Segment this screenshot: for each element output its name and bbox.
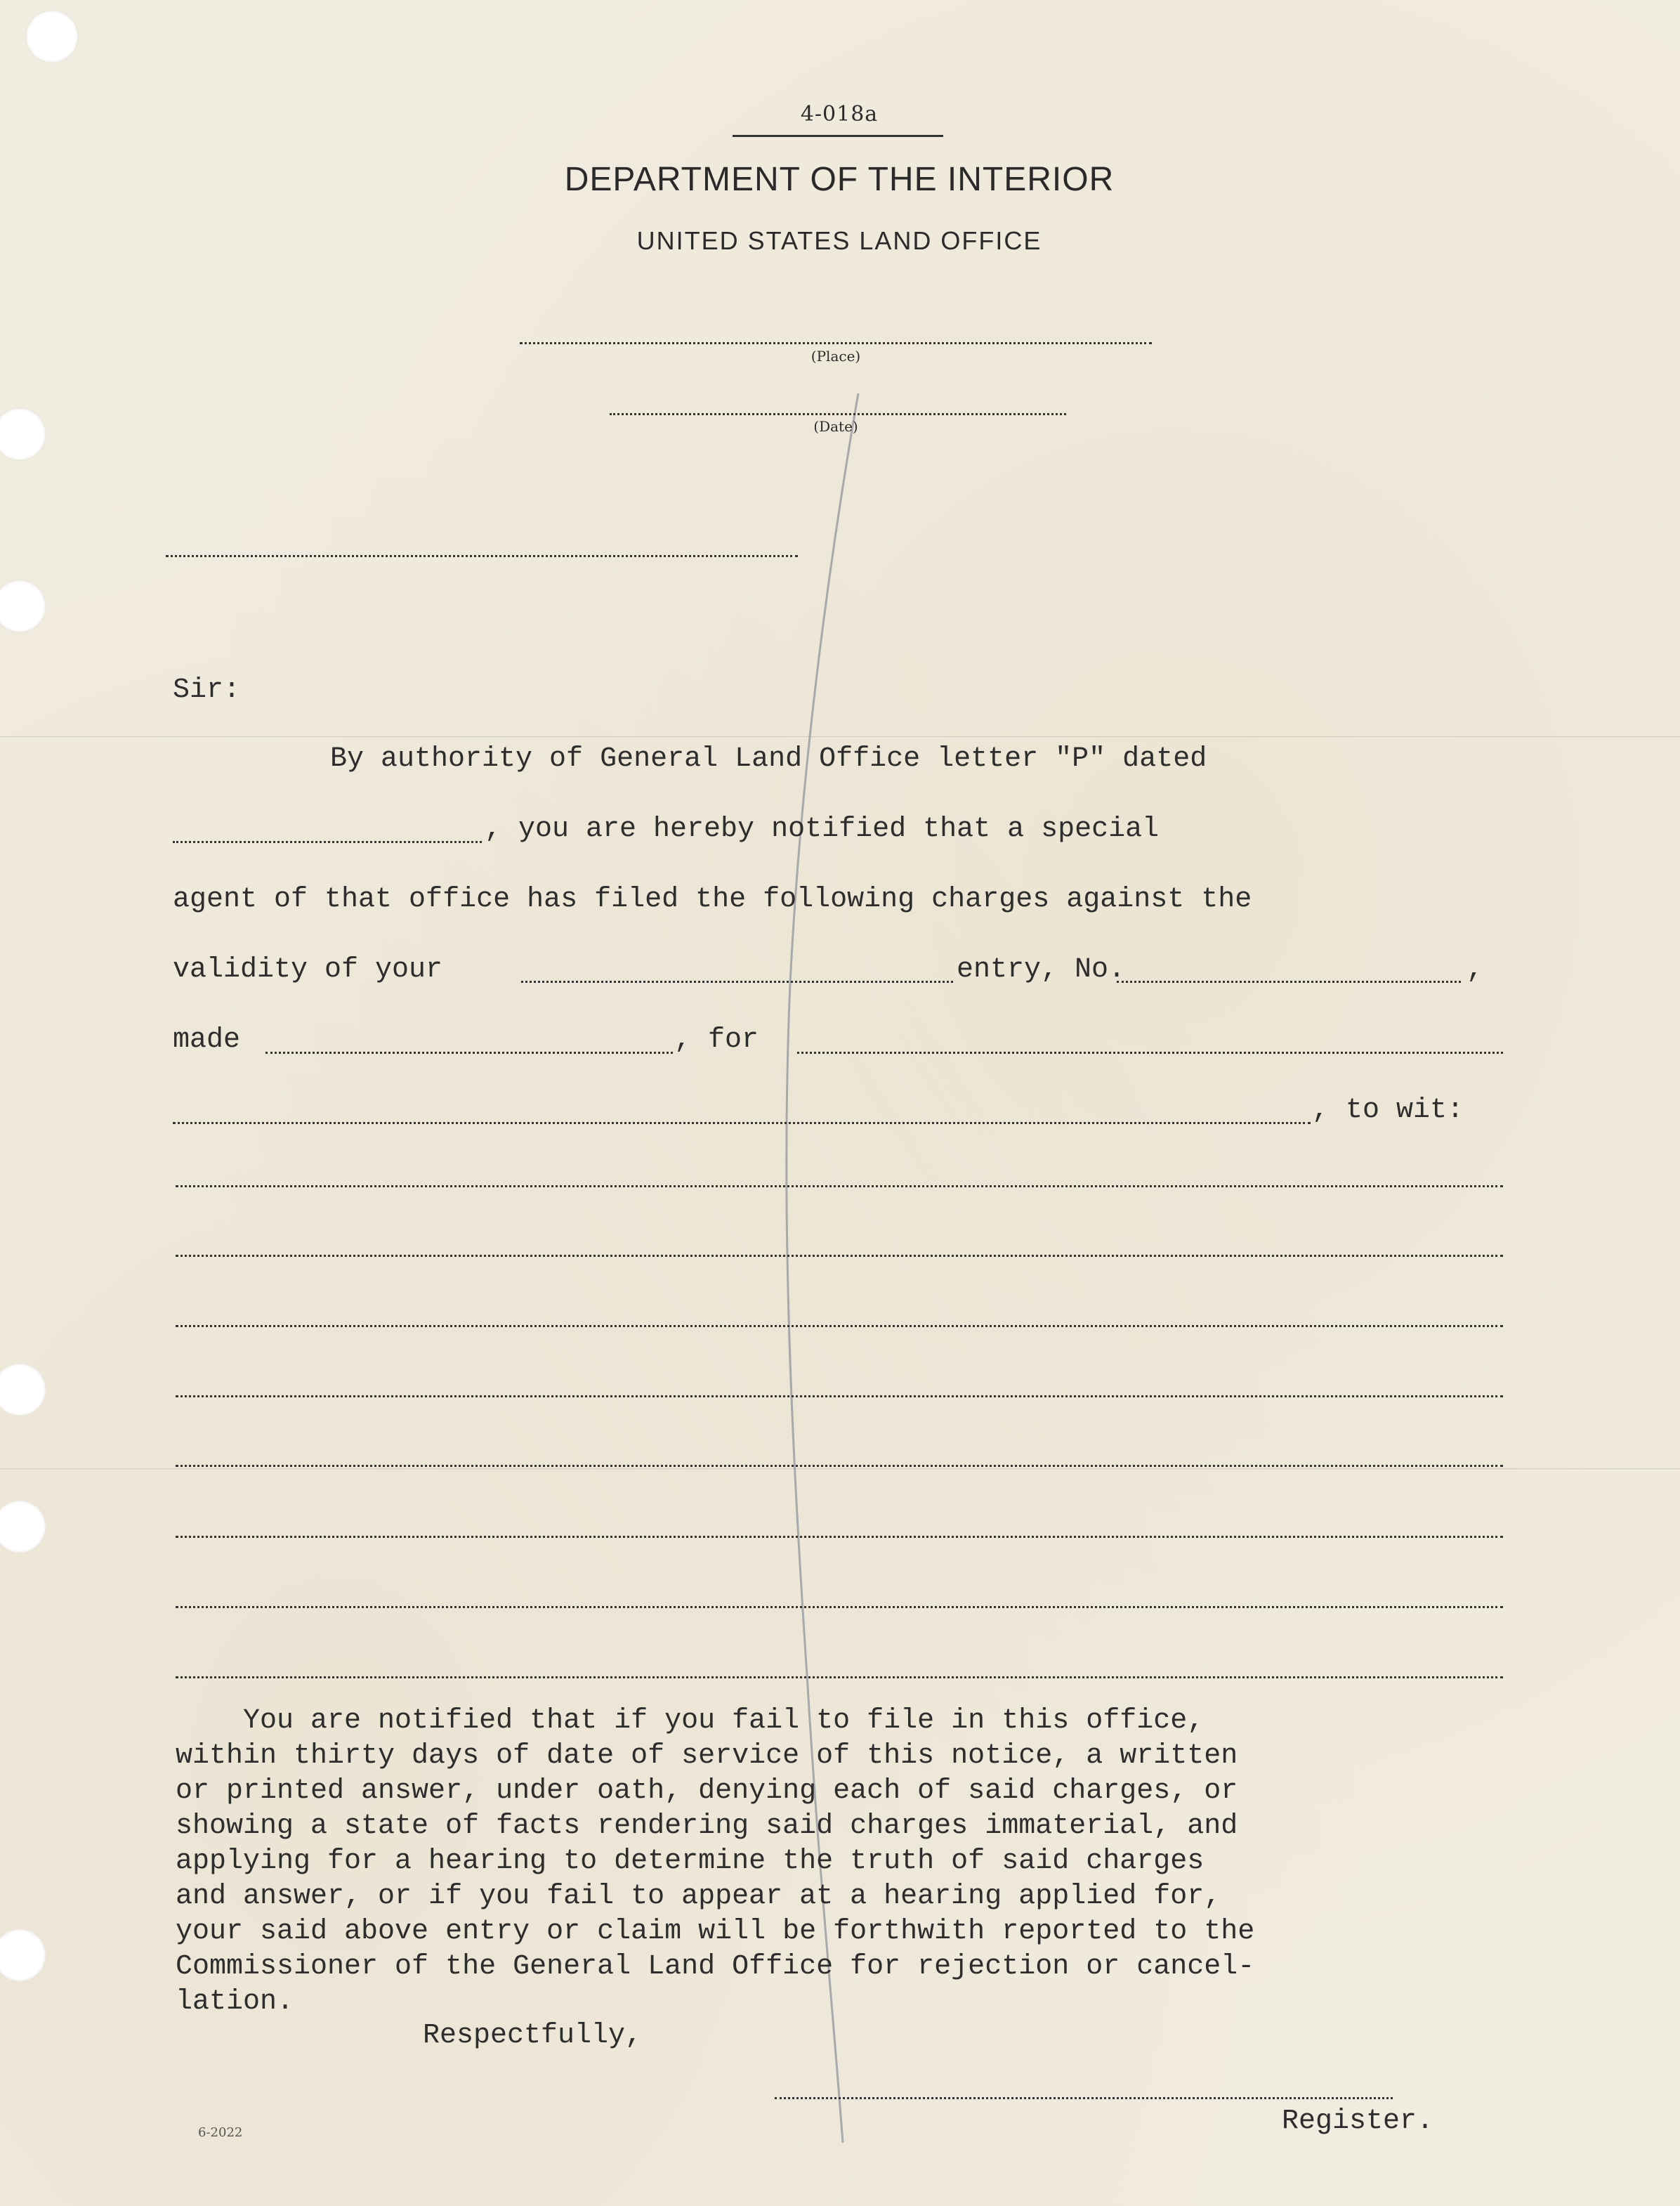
charge-line[interactable]: [176, 1185, 1503, 1187]
charge-line[interactable]: [176, 1676, 1503, 1678]
print-code: 6-2022: [198, 2125, 242, 2140]
addressee-field[interactable]: [166, 555, 798, 557]
validity-label: validity of your: [173, 954, 442, 986]
made-date-field[interactable]: [265, 1052, 673, 1054]
body-line-notified: , you are hereby notified that a special: [485, 814, 1159, 845]
date-caption: (Date): [766, 418, 906, 435]
to-wit-label: , to wit:: [1312, 1095, 1464, 1126]
form-number-rule: [733, 135, 943, 137]
notice-line: applying for a hearing to determine the …: [176, 1844, 1254, 1879]
charge-line[interactable]: [176, 1395, 1503, 1397]
date-field[interactable]: [610, 413, 1066, 415]
place-field[interactable]: [520, 342, 1152, 344]
charge-line[interactable]: [176, 1255, 1503, 1257]
place-caption: (Place): [766, 348, 906, 365]
entry-comma: ,: [1466, 954, 1483, 986]
for-land-field[interactable]: [797, 1052, 1503, 1054]
letter-date-field[interactable]: [173, 841, 482, 843]
charge-line[interactable]: [176, 1465, 1503, 1467]
register-signature-field[interactable]: [775, 2097, 1393, 2099]
notice-line: You are notified that if you fail to fil…: [176, 1704, 1254, 1739]
notice-line: and answer, or if you fail to appear at …: [176, 1879, 1254, 1914]
notice-line: within thirty days of date of service of…: [176, 1739, 1254, 1774]
notice-line: or printed answer, under oath, denying e…: [176, 1774, 1254, 1809]
salutation: Sir:: [173, 674, 240, 706]
notice-line: showing a state of facts rendering said …: [176, 1809, 1254, 1844]
notice-line: Commissioner of the General Land Office …: [176, 1950, 1254, 1985]
charge-line[interactable]: [176, 1325, 1503, 1327]
notice-line: lation.: [176, 1985, 1254, 2020]
closing: Respectfully,: [423, 2020, 642, 2051]
department-title: DEPARTMENT OF THE INTERIOR: [351, 160, 1327, 199]
body-line-authority: By authority of General Land Office lett…: [330, 743, 1207, 775]
entry-type-field[interactable]: [521, 981, 953, 983]
office-title: UNITED STATES LAND OFFICE: [351, 226, 1327, 256]
notice-paragraph: You are notified that if you fail to fil…: [176, 1704, 1254, 2020]
signature-title: Register.: [1282, 2106, 1433, 2137]
entry-number-field[interactable]: [1117, 981, 1461, 983]
charge-line[interactable]: [176, 1606, 1503, 1608]
description-field[interactable]: [173, 1122, 1311, 1124]
notice-line: your said above entry or claim will be f…: [176, 1914, 1254, 1950]
made-label: made: [173, 1024, 240, 1056]
charge-line[interactable]: [176, 1536, 1503, 1538]
entry-number-label: entry, No.: [957, 954, 1125, 986]
body-line-agent: agent of that office has filed the follo…: [173, 884, 1252, 915]
for-label: , for: [674, 1024, 759, 1056]
form-number: 4-018a: [702, 102, 976, 126]
